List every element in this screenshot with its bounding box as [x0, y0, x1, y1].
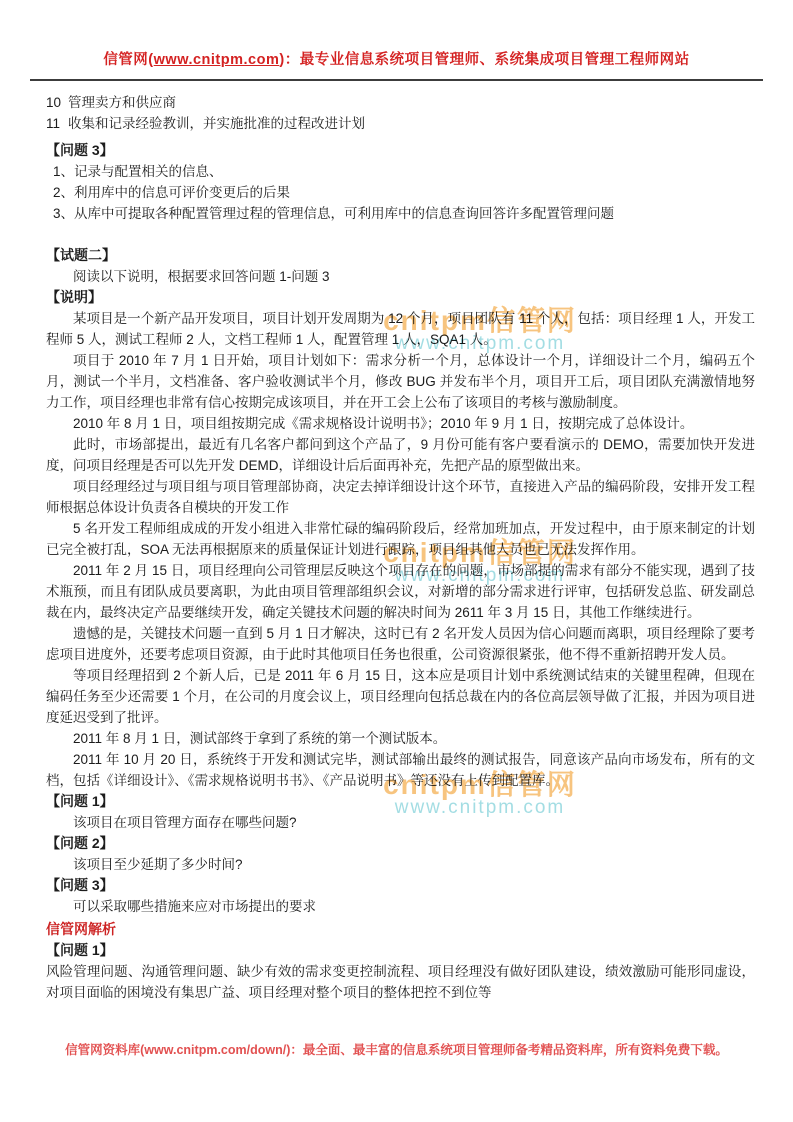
section-heading-question-3: 【问题 3】 — [46, 140, 755, 161]
paragraph: 某项目是一个新产品开发项目，项目计划开发周期为 12 个月，项目团队有 11 个… — [46, 308, 755, 350]
analysis-answer-paragraph: 风险管理问题、沟通管理问题、缺少有效的需求变更控制流程、项目经理没有做好团队建设… — [46, 961, 755, 1003]
header-site-name: 信管网( — [103, 52, 153, 68]
document-body: 10管理卖方和供应商 11收集和记录经验教训，并实施批准的过程改进计划 【问题 … — [46, 92, 755, 1003]
footer-site-name: 信管网资料库( — [65, 1043, 144, 1057]
paragraph: 5 名开发工程师组成成的开发小组进入非常忙碌的编码阶段后，经常加班加点，开发过程… — [46, 518, 755, 560]
answer-list-item: 1、记录与配置相关的信息、 — [46, 161, 755, 182]
paragraph: 2010 年 8 月 1 日，项目组按期完成《需求规格设计说明书》；2010 年… — [46, 413, 755, 434]
line-number: 11 — [46, 113, 68, 134]
paragraph: 2011 年 2 月 15 日，项目经理向公司管理层反映这个项目存在的问题，市场… — [46, 560, 755, 623]
answer-list-item: 3、从库中可提取各种配置管理过程的管理信息，可利用库中的信息查询回答许多配置管理… — [46, 203, 755, 224]
section-heading-question-3b: 【问题 3】 — [46, 875, 755, 896]
question-text: 该项目至少延期了多少时间? — [46, 854, 755, 875]
line-text: 收集和记录经验教训，并实施批准的过程改进计划 — [68, 116, 365, 131]
analysis-question-1-heading: 【问题 1】 — [46, 940, 755, 961]
paragraph: 2011 年 8 月 1 日，测试部终于拿到了系统的第一个测试版本。 — [46, 728, 755, 749]
footer-site-link[interactable]: www.cnitpm.com/down/ — [144, 1043, 286, 1057]
section-heading-exam-2: 【试题二】 — [46, 245, 755, 266]
paragraph: 此时，市场部提出，最近有几名客户都问到这个产品了，9 月份可能有客户要看演示的 … — [46, 434, 755, 476]
question-text: 可以采取哪些措施来应对市场提出的要求 — [46, 896, 755, 917]
footer-tagline: )：最全面、最丰富的信息系统项目管理师备考精品资料库，所有资料免费下载。 — [286, 1043, 728, 1057]
paragraph: 等项目经理招到 2 个新人后，已是 2011 年 6 月 15 日，这本应是项目… — [46, 665, 755, 728]
header-tagline: )：最专业信息系统项目管理师、系统集成项目管理工程师网站 — [279, 52, 689, 68]
numbered-line: 11收集和记录经验教训，并实施批准的过程改进计划 — [46, 113, 755, 134]
paragraph: 项目经理经过与项目组与项目管理部协商，决定去掉详细设计这个环节，直接进入产品的编… — [46, 476, 755, 518]
numbered-line: 10管理卖方和供应商 — [46, 92, 755, 113]
page-header: 信管网(www.cnitpm.com)：最专业信息系统项目管理师、系统集成项目管… — [0, 48, 793, 69]
exam-instruction: 阅读以下说明，根据要求回答问题 1-问题 3 — [46, 266, 755, 287]
question-text: 该项目在项目管理方面存在哪些问题? — [46, 812, 755, 833]
section-heading-description: 【说明】 — [46, 287, 755, 308]
paragraph: 项目于 2010 年 7 月 1 日开始，项目计划如下：需求分析一个月，总体设计… — [46, 350, 755, 413]
page-footer: 信管网资料库(www.cnitpm.com/down/)：最全面、最丰富的信息系… — [0, 1040, 793, 1058]
header-divider — [30, 79, 763, 81]
paragraph: 遗憾的是，关键技术问题一直到 5 月 1 日才解决，这时已有 2 名开发人员因为… — [46, 623, 755, 665]
line-number: 10 — [46, 92, 68, 113]
answer-list-item: 2、利用库中的信息可评价变更后的后果 — [46, 182, 755, 203]
header-site-link[interactable]: www.cnitpm.com — [154, 52, 280, 68]
paragraph: 2011 年 10 月 20 日，系统终于开发和测试完毕，测试部输出最终的测试报… — [46, 749, 755, 791]
line-text: 管理卖方和供应商 — [68, 95, 176, 110]
analysis-heading: 信管网解析 — [46, 919, 755, 940]
section-heading-question-2: 【问题 2】 — [46, 833, 755, 854]
document-page: 信管网(www.cnitpm.com)：最专业信息系统项目管理师、系统集成项目管… — [0, 0, 793, 1122]
section-heading-question-1: 【问题 1】 — [46, 791, 755, 812]
